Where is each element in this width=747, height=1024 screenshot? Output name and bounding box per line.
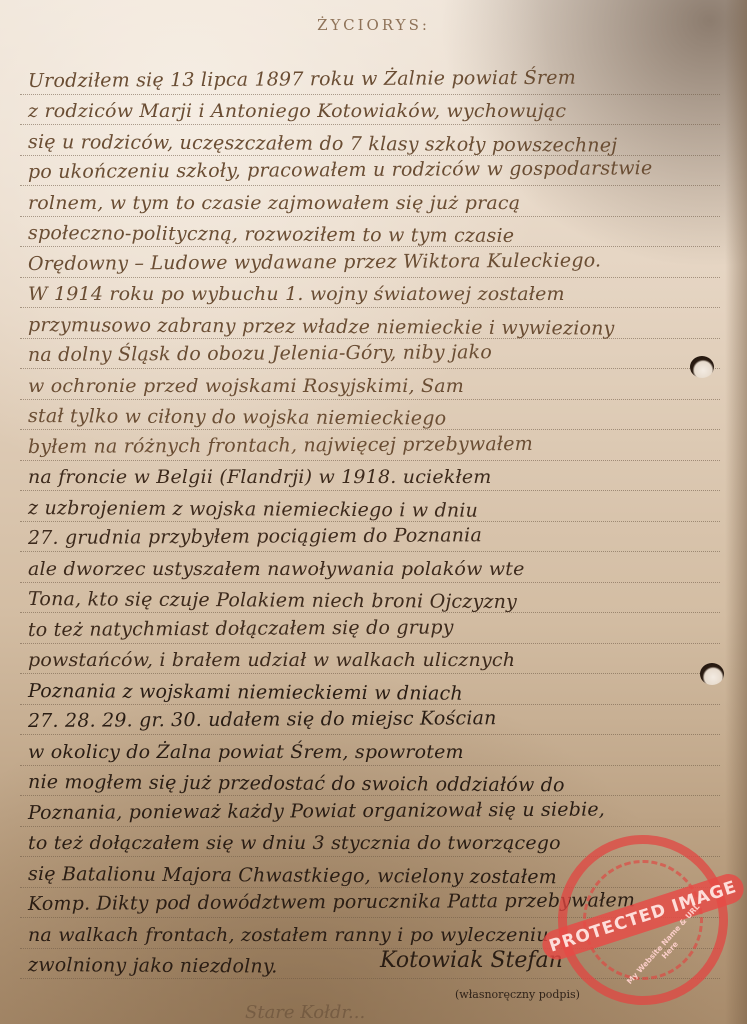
handwritten-line: na froncie w Belgii (Flandrji) w 1918. u… (20, 461, 720, 492)
handwritten-line: z uzbrojeniem z wojska niemieckiego i w … (20, 491, 720, 522)
handwritten-text: na dolny Śląsk do obozu Jelenia-Góry, ni… (28, 341, 492, 366)
handwritten-text: stał tylko w ciłony do wojska niemieckie… (28, 405, 446, 430)
handwritten-text: 27. grudnia przybyłem pociągiem do Pozna… (28, 524, 482, 549)
handwritten-text: się u rodziców, uczęszczałem do 7 klasy … (28, 131, 617, 157)
handwritten-text: rolnem, w tym to czasie zajmowałem się j… (28, 192, 520, 214)
handwritten-text: Komp. Dikty pod dowództwem porucznika Pa… (28, 889, 635, 915)
handwritten-line: nie mogłem się już przedostać do swoich … (20, 766, 720, 797)
handwritten-text: zwolniony jako niezdolny. (28, 954, 278, 978)
handwritten-text: przymusowo zabrany przez władze niemieck… (28, 314, 615, 340)
faint-note: Stare Kołdr... (245, 1002, 365, 1023)
handwritten-line: Poznania, ponieważ każdy Powiat organizo… (20, 796, 720, 827)
handwritten-text: Poznania z wojskami niemieckiemi w dniac… (28, 680, 463, 705)
handwritten-text: Tona, kto się czuje Polakiem niech broni… (28, 588, 517, 613)
signature-label: (własnoręczny podpis) (455, 988, 580, 1001)
handwritten-text: Poznania, ponieważ każdy Powiat organizo… (28, 798, 605, 824)
handwritten-text: się Batalionu Majora Chwastkiego, wcielo… (28, 863, 557, 888)
handwritten-text: w okolicy do Żalna powiat Śrem, spowrote… (28, 741, 464, 763)
handwritten-text: Urodziłem się 13 lipca 1897 roku w Żalni… (28, 66, 576, 91)
handwritten-line: na dolny Śląsk do obozu Jelenia-Góry, ni… (20, 339, 720, 370)
handwritten-text: ale dworzec ustyszałem nawoływania polak… (28, 558, 525, 580)
handwritten-text: powstańców, i brałem udział w walkach ul… (28, 649, 515, 671)
handwritten-text: społeczno-polityczną, rozwoziłem to w ty… (28, 222, 514, 247)
handwritten-line: Tona, kto się czuje Polakiem niech broni… (20, 583, 720, 614)
handwritten-text: w ochronie przed wojskami Rosyjskimi, Sa… (28, 375, 464, 397)
handwritten-text: byłem na różnych frontach, najwięcej prz… (28, 432, 533, 457)
handwritten-signature: Kotowiak Stefan (380, 948, 563, 973)
handwritten-line: 27. grudnia przybyłem pociągiem do Pozna… (20, 522, 720, 553)
handwritten-line: się u rodziców, uczęszczałem do 7 klasy … (20, 125, 720, 156)
handwritten-line: W 1914 roku po wybuchu 1. wojny światowe… (20, 278, 720, 309)
punch-hole-upper (690, 356, 714, 378)
handwritten-text: W 1914 roku po wybuchu 1. wojny światowe… (28, 283, 565, 305)
page-shadow-edge (725, 0, 747, 1024)
punch-hole-lower (700, 663, 724, 685)
handwritten-line: byłem na różnych frontach, najwięcej prz… (20, 430, 720, 461)
handwritten-text: to też dołączałem się w dniu 3 stycznia … (28, 832, 561, 854)
handwritten-line: rolnem, w tym to czasie zajmowałem się j… (20, 186, 720, 217)
handwritten-line: ale dworzec ustyszałem nawoływania polak… (20, 552, 720, 583)
handwritten-line: powstańców, i brałem udział w walkach ul… (20, 644, 720, 675)
handwritten-text: nie mogłem się już przedostać do swoich … (28, 771, 565, 796)
handwritten-text: Orędowny – Ludowe wydawane przez Wiktora… (28, 249, 601, 275)
handwritten-line: stał tylko w ciłony do wojska niemieckie… (20, 400, 720, 431)
document-title: ŻYCIORYS: (0, 16, 747, 34)
handwritten-line: w ochronie przed wojskami Rosyjskimi, Sa… (20, 369, 720, 400)
handwritten-line: społeczno-polityczną, rozwoziłem to w ty… (20, 217, 720, 248)
handwritten-line: przymusowo zabrany przez władze niemieck… (20, 308, 720, 339)
handwritten-line: to też natychmiast dołączałem się do gru… (20, 613, 720, 644)
handwritten-text: na walkach frontach, zostałem ranny i po… (28, 924, 549, 946)
handwritten-line: z rodziców Marji i Antoniego Kotowiaków,… (20, 95, 720, 126)
handwritten-text: po ukończeniu szkoły, pracowałem u rodzi… (28, 157, 653, 183)
handwritten-line: Orędowny – Ludowe wydawane przez Wiktora… (20, 247, 720, 278)
handwritten-text: 27. 28. 29. gr. 30. udałem się do miejsc… (28, 707, 497, 732)
handwritten-text: na froncie w Belgii (Flandrji) w 1918. u… (28, 466, 492, 488)
handwritten-text: z rodziców Marji i Antoniego Kotowiaków,… (28, 100, 566, 122)
handwritten-line: w okolicy do Żalna powiat Śrem, spowrote… (20, 735, 720, 766)
handwritten-text: z uzbrojeniem z wojska niemieckiego i w … (28, 497, 478, 522)
handwritten-line: Poznania z wojskami niemieckiemi w dniac… (20, 674, 720, 705)
handwritten-line: Urodziłem się 13 lipca 1897 roku w Żalni… (20, 64, 720, 95)
handwritten-line: 27. 28. 29. gr. 30. udałem się do miejsc… (20, 705, 720, 736)
handwritten-line: po ukończeniu szkoły, pracowałem u rodzi… (20, 156, 720, 187)
handwritten-text: to też natychmiast dołączałem się do gru… (28, 616, 454, 641)
